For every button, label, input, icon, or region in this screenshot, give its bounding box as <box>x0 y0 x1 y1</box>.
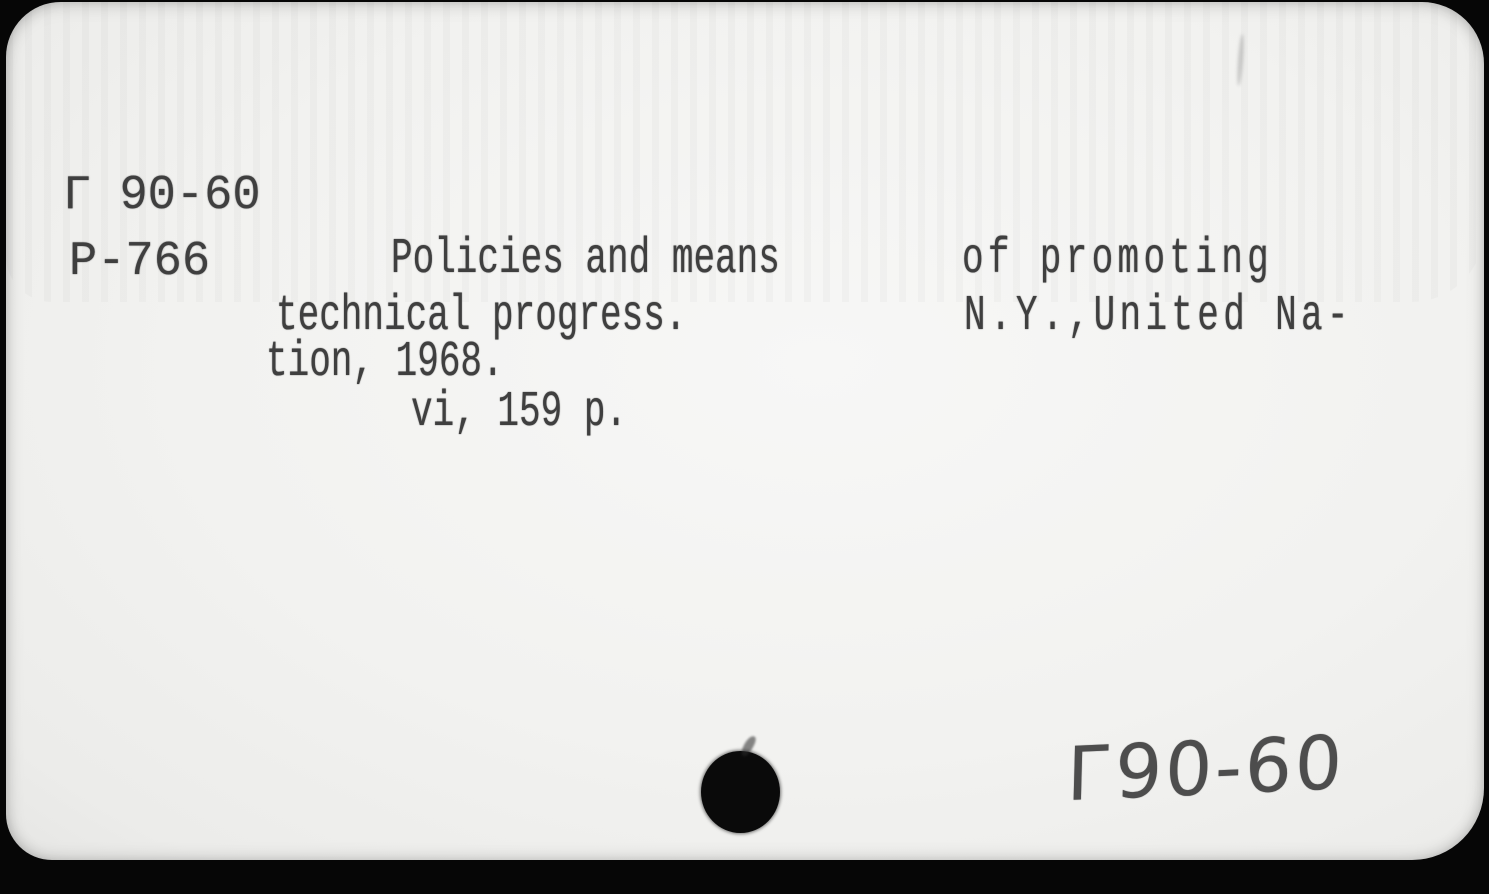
scanned-catalog-card-photo: Г 90-60 P-766 Policies and means of prom… <box>0 0 1489 894</box>
imprint-year: tion, 1968. <box>266 338 504 388</box>
handwritten-call-number: Г90-60 <box>1066 726 1346 812</box>
catalog-card: Г 90-60 P-766 Policies and means of prom… <box>6 2 1484 860</box>
title-line1-left: Policies and means <box>391 235 780 285</box>
call-number-class: Г 90-60 <box>63 172 261 220</box>
title-line1-right: of promoting <box>962 235 1273 285</box>
imprint-publisher: N.Y.,United Na- <box>964 292 1353 342</box>
call-number-item: P-766 <box>69 238 210 286</box>
scan-smudge <box>1236 34 1245 86</box>
punch-hole-dot-icon <box>701 751 780 833</box>
collation-pages: vi, 159 p. <box>411 388 627 438</box>
